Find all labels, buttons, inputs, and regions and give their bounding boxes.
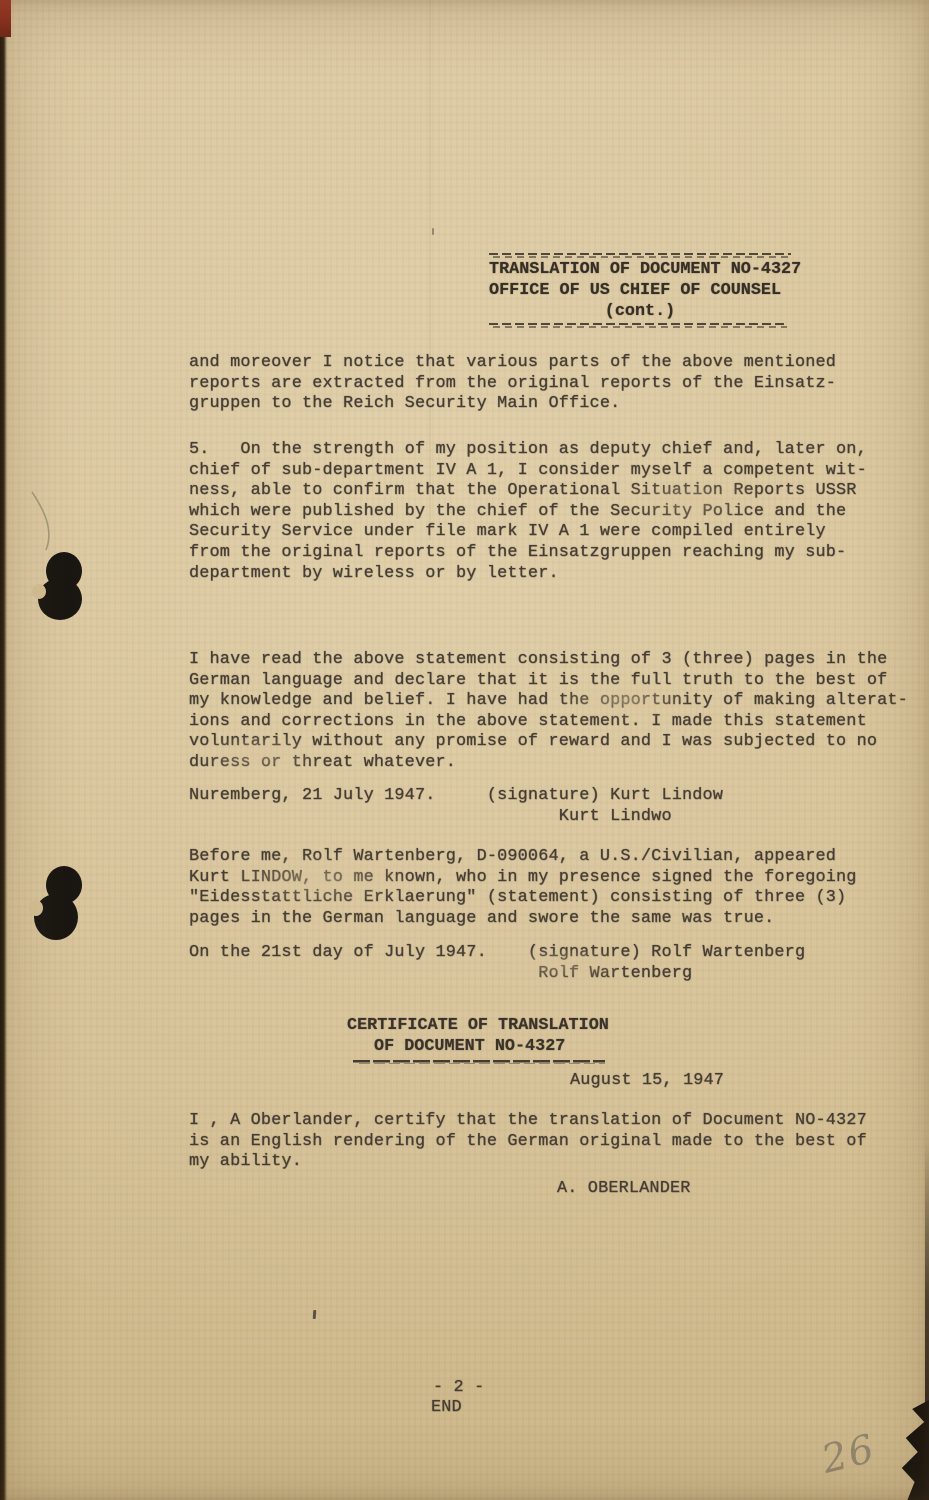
- certificate-title: CERTIFICATE OF TRANSLATION OF DOCUMENT N…: [347, 1015, 619, 1057]
- paper-speck: [432, 228, 434, 235]
- certificate-title-line1: CERTIFICATE OF TRANSLATION: [347, 1015, 619, 1036]
- certificate-title-underline: [353, 1060, 605, 1064]
- certificate-date: August 15, 1947: [570, 1071, 724, 1092]
- certificate-title-line2: OF DOCUMENT NO-4327: [374, 1036, 619, 1057]
- header-cont-label: (cont.): [489, 301, 791, 322]
- paragraph-attestation: I have read the above statement consisti…: [189, 650, 908, 774]
- punch-hole-top: [34, 550, 86, 622]
- left-edge-shadow: [0, 0, 7, 1500]
- paper-speck: [313, 1310, 317, 1319]
- header-title-line1: TRANSLATION OF DOCUMENT NO-4327: [489, 259, 791, 280]
- header-stamp: TRANSLATION OF DOCUMENT NO-4327 OFFICE O…: [489, 252, 791, 329]
- red-edge-mark: [0, 0, 11, 37]
- handwritten-page-number: 26: [817, 1426, 880, 1483]
- document-page: TRANSLATION OF DOCUMENT NO-4327 OFFICE O…: [0, 0, 929, 1500]
- signature-block-wartenberg: On the 21st day of July 1947. (signature…: [189, 943, 805, 984]
- paragraph-witness: Before me, Rolf Wartenberg, D-090064, a …: [189, 847, 857, 929]
- paragraph-5: 5. On the strength of my position as dep…: [189, 440, 867, 584]
- pencil-stroke: [22, 490, 66, 552]
- header-title-line2: OFFICE OF US CHIEF OF COUNSEL: [489, 280, 791, 301]
- corner-tear: [889, 1400, 929, 1500]
- signature-block-lindow: Nuremberg, 21 July 1947. (signature) Kur…: [189, 786, 723, 827]
- certificate-paragraph: I , A Oberlander, certify that the trans…: [189, 1111, 867, 1173]
- end-label: END: [431, 1398, 462, 1419]
- certificate-signature: A. OBERLANDER: [557, 1179, 691, 1200]
- paragraph-continuation: and moreover I notice that various parts…: [189, 353, 836, 415]
- punch-hole-bottom: [32, 864, 84, 948]
- page-number: - 2 -: [433, 1378, 484, 1399]
- header-rule-bottom: [489, 322, 787, 329]
- header-rule-top: [489, 252, 791, 259]
